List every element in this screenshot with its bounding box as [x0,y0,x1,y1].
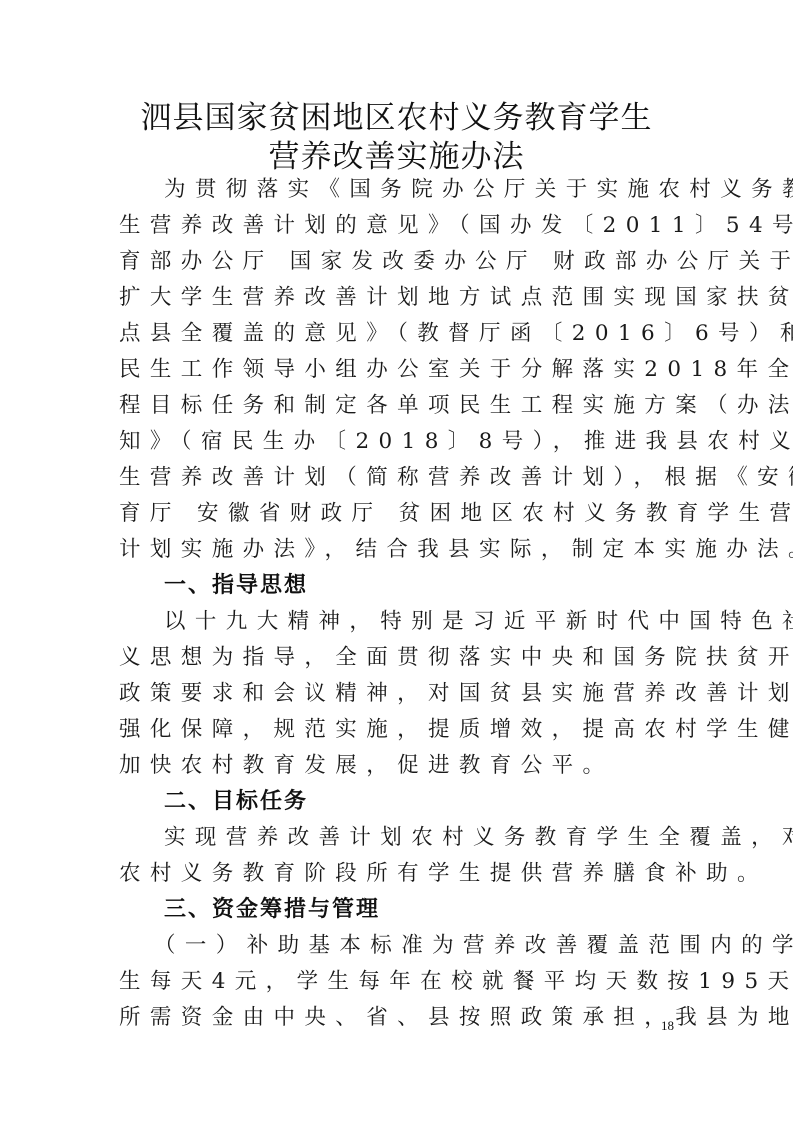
section-3-line: 生每天4元，学生每年在校就餐平均天数按195天计算。 [119,968,679,996]
intro-line: 民生工作领导小组办公室关于分解落实2018年全市民生工 [119,356,679,384]
section-heading-target-tasks: 二、目标任务 [164,788,308,816]
intro-line: 生营养改善计划（简称营养改善计划），根据《安徽省教 [119,464,679,492]
section-1-line: 义思想为指导，全面贯彻落实中央和国务院扶贫开发工作 [119,644,679,672]
section-heading-guiding-ideology: 一、指导思想 [164,572,308,600]
intro-line: 为贯彻落实《国务院办公厅关于实施农村义务教育学 [164,176,724,204]
section-3-line: （一）补助基本标准为营养改善覆盖范围内的学生每 [154,932,714,960]
document-page: 泗县国家贫困地区农村义务教育学生 营养改善实施办法 为贯彻落实《国务院办公厅关于… [0,0,793,1122]
section-1-line: 强化保障，规范实施，提质增效，提高农村学生健康水平， [119,716,679,744]
document-title-line-2: 营养改善实施办法 [0,131,793,176]
intro-line: 育部办公厅 国家发改委办公厅 财政部办公厅关于进一步 [119,248,679,276]
intro-line: 程目标任务和制定各单项民生工程实施方案（办法）的通 [119,392,679,420]
intro-line: 生营养改善计划的意见》（国办发〔2011〕54号）、《教 [119,212,679,240]
section-2-line: 农村义务教育阶段所有学生提供营养膳食补助。 [119,860,679,888]
section-3-line: 所需资金由中央、省、县按照政策承担，我县为地方试点 [119,1004,679,1032]
intro-line: 扩大学生营养改善计划地方试点范围实现国家扶贫开发重 [119,284,679,312]
section-1-line: 以十九大精神，特别是习近平新时代中国特色社会主 [164,608,724,636]
section-1-line: 加快农村教育发展，促进教育公平。 [119,752,679,780]
section-2-line: 实现营养改善计划农村义务教育学生全覆盖，对全县 [164,824,724,852]
section-heading-funding-management: 三、资金筹措与管理 [164,896,380,924]
intro-line: 知》（宿民生办〔2018〕8号），推进我县农村义务教育学 [119,428,679,456]
intro-line: 点县全覆盖的意见》（教督厅函〔2016〕6号）和《宿州市 [119,320,679,348]
intro-line: 育厅 安徽省财政厅 贫困地区农村义务教育学生营养改善 [119,500,679,528]
intro-line: 计划实施办法》，结合我县实际，制定本实施办法。 [119,536,679,564]
section-1-line: 政策要求和会议精神，对国贫县实施营养改善计划全覆盖， [119,680,679,708]
page-number: 18 [661,1018,674,1034]
